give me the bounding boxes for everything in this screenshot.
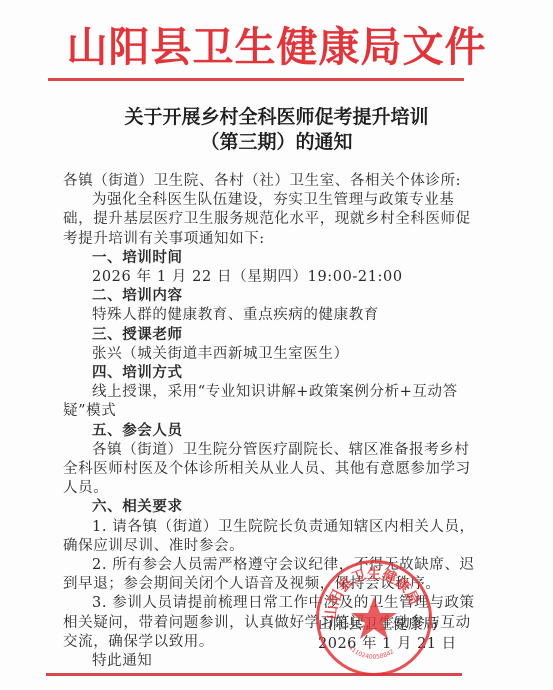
issuer-title: 山阳县卫生健康局文件 [0, 22, 553, 72]
section-heading-attendees: 五、参会人员 [63, 422, 483, 441]
addressee: 各镇（街道）卫生院、各村（社）卫生室、各相关个体诊所: [63, 172, 483, 191]
footer-divider [46, 673, 462, 676]
section-heading-requirements: 六、相关要求 [63, 498, 483, 517]
header-divider [48, 78, 464, 81]
closing-text: 特此通知 [63, 652, 483, 671]
section-content-method: 线上授课，采用“专业知识讲解+政策案例分析+互动答疑”模式 [63, 383, 483, 421]
signature-date: 2026 年 1 月 21 日 [318, 635, 457, 654]
requirement-item-2: 2. 所有参会人员需严格遵守会议纪律，不得无故缺席、迟到早退；参会期间关闭个人语… [63, 556, 483, 594]
section-heading-content: 二、培训内容 [63, 287, 483, 306]
document-title-line-1: 关于开展乡村全科医师促考提升培训 [0, 105, 553, 130]
section-heading-time: 一、培训时间 [63, 249, 483, 268]
signature-organization: 山阳县卫生健康局 [318, 616, 457, 635]
document-body: 各镇（街道）卫生院、各村（社）卫生室、各相关个体诊所: 为强化全科医生队伍建设，… [63, 172, 483, 671]
section-content-content: 特殊人群的健康教育、重点疾病的健康教育 [63, 306, 483, 325]
section-content-teacher: 张兴（城关街道丰西新城卫生室医生） [63, 345, 483, 364]
requirement-item-1: 1. 请各镇（街道）卫生院院长负责通知辖区内相关人员，确保应训尽训、准时参会。 [63, 518, 483, 556]
section-heading-method: 四、培训方式 [63, 364, 483, 383]
signature-block: 山阳县卫生健康局 2026 年 1 月 21 日 [318, 616, 457, 654]
section-content-time: 2026 年 1 月 22 日（星期四）19:00-21:00 [63, 268, 483, 287]
document-title-line-2: （第三期）的通知 [0, 130, 553, 155]
section-content-attendees: 各镇（街道）卫生院分管医疗副院长、辖区准备报考乡村全科医师村医及个体诊所相关从业… [63, 441, 483, 499]
section-heading-teacher: 三、授课老师 [63, 326, 483, 345]
document-title: 关于开展乡村全科医师促考提升培训 （第三期）的通知 [0, 105, 553, 155]
intro-paragraph: 为强化全科医生队伍建设，夯实卫生管理与政策专业基础，提升基层医疗卫生服务规范化水… [63, 191, 483, 249]
